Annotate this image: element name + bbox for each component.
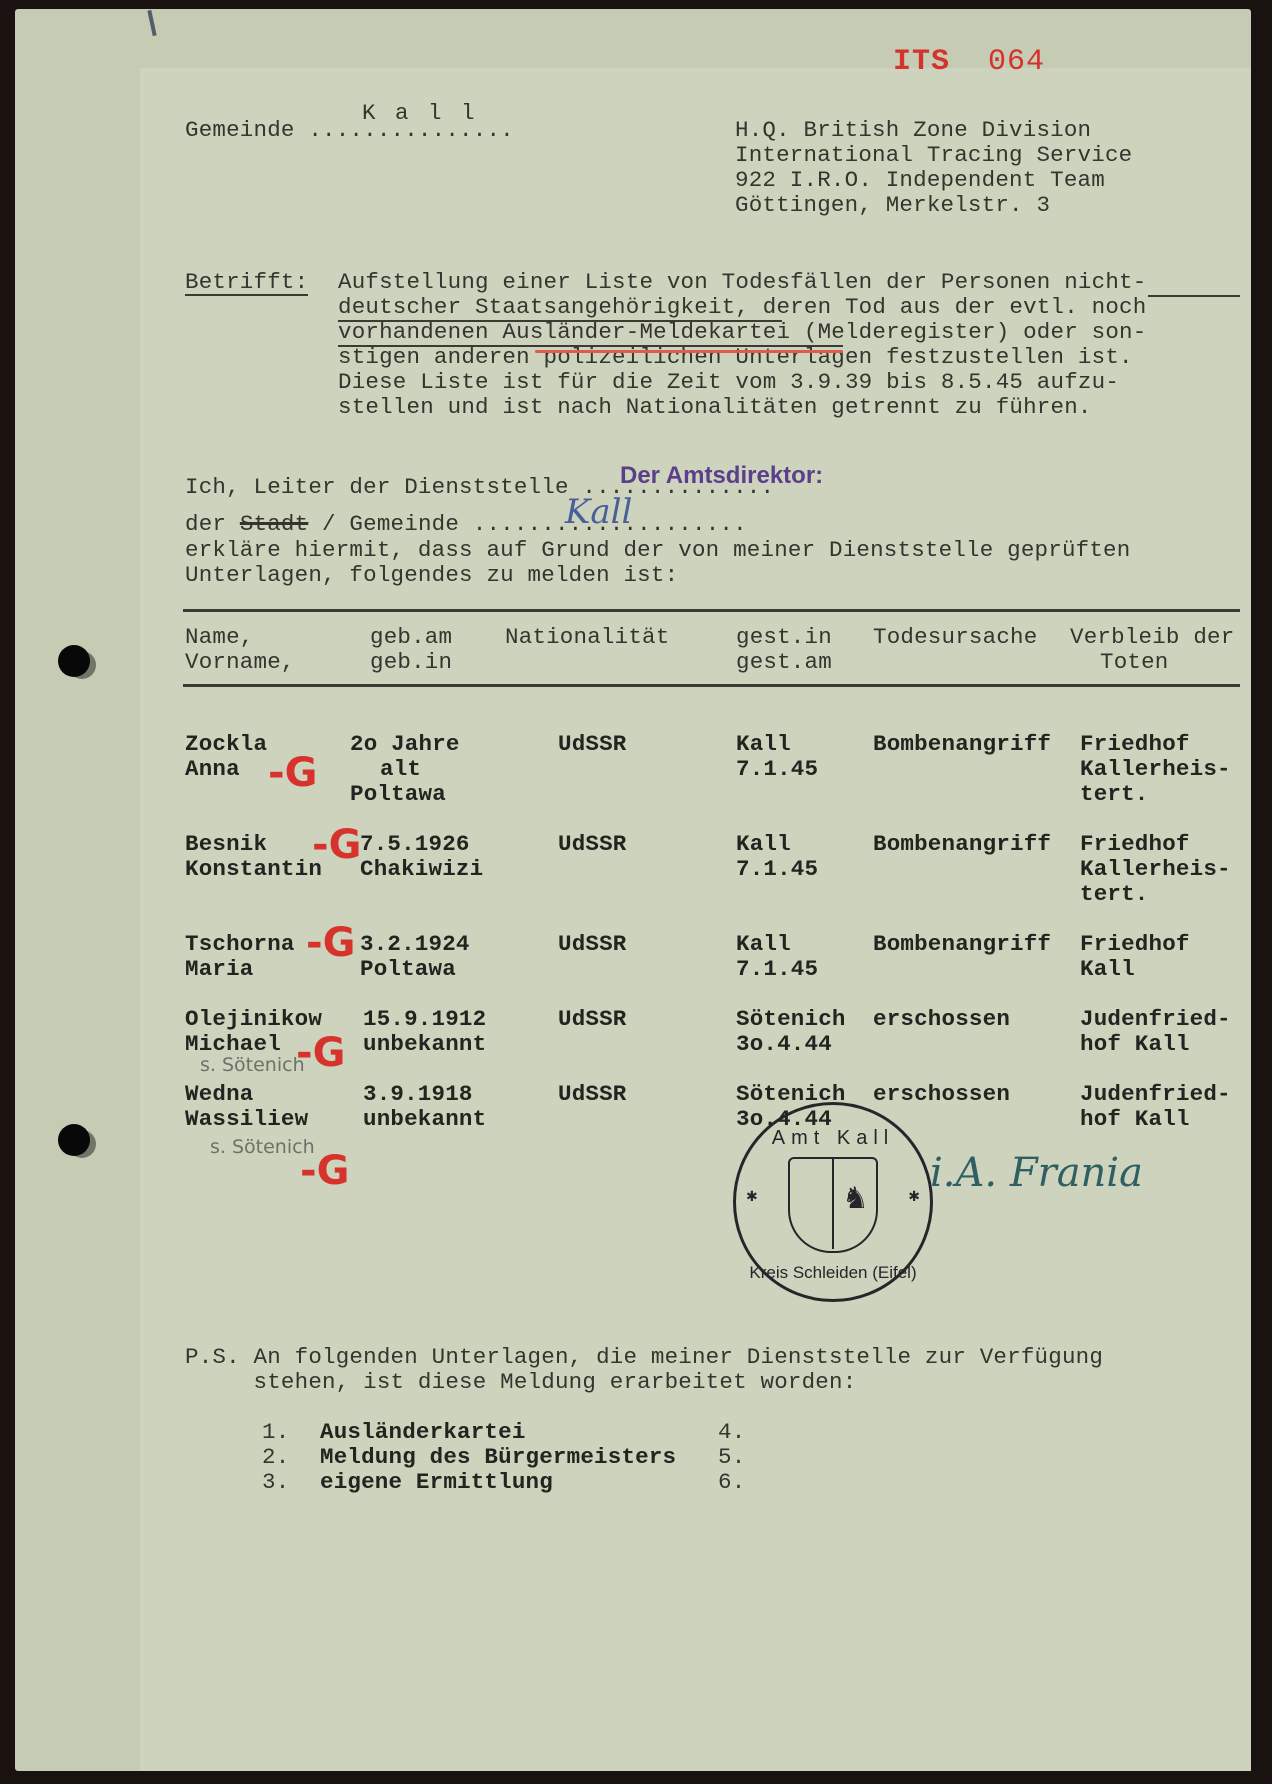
cell-nationality: UdSSR xyxy=(558,1007,627,1032)
cell-burial: hof Kall xyxy=(1080,1032,1190,1057)
header-vorname: Vorname, xyxy=(185,650,295,675)
address-line: 922 I.R.O. Independent Team xyxy=(735,168,1105,193)
cell-birth: 3.2.1924 xyxy=(360,932,470,957)
declaration-line-4: Unterlagen, folgendes zu melden ist: xyxy=(185,563,678,588)
cell-birth: 15.9.1912 xyxy=(363,1007,486,1032)
underline-staatsangehoerigkeit xyxy=(338,320,782,322)
cell-birthplace: Chakiwizi xyxy=(360,857,483,882)
cell-death-date: 3o.4.44 xyxy=(736,1032,832,1057)
table-top-rule xyxy=(183,609,1240,612)
underline-nicht xyxy=(1148,295,1240,297)
red-underline-meldekartei xyxy=(535,350,843,353)
der-label: der xyxy=(185,511,240,537)
amtsdirektor-stamp: Der Amtsdirektor: xyxy=(620,462,823,490)
cell-burial: Friedhof xyxy=(1080,932,1190,957)
red-g-mark: -G xyxy=(268,750,317,796)
cell-death-place: Kall xyxy=(736,832,791,857)
source-item: Ausländerkartei xyxy=(320,1420,526,1445)
source-item: Meldung des Bürgermeisters xyxy=(320,1445,676,1470)
header-geb-am: geb.am xyxy=(370,625,452,650)
ps-line-2: stehen, ist diese Meldung erarbeitet wor… xyxy=(185,1370,856,1395)
source-number: 4. xyxy=(718,1420,745,1445)
cell-burial: Friedhof xyxy=(1080,732,1190,757)
subject-line: stigen anderen polizeilichen Unterlagen … xyxy=(338,345,1133,370)
cell-burial: Judenfried- xyxy=(1080,1007,1231,1032)
cell-surname: Olejinikow xyxy=(185,1007,322,1032)
pencil-note: s. Sötenich xyxy=(200,1054,305,1076)
cell-firstname: Maria xyxy=(185,957,254,982)
red-g-mark: -G xyxy=(296,1030,345,1076)
address-line: H.Q. British Zone Division xyxy=(735,118,1091,143)
subject-label: Betrifft: xyxy=(185,270,308,296)
cell-birthplace: Poltawa xyxy=(360,957,456,982)
gemeinde-dots: / Gemeinde .................... xyxy=(308,511,746,537)
source-item: eigene Ermittlung xyxy=(320,1470,553,1495)
source-number: 5. xyxy=(718,1445,745,1470)
pencil-note: s. Sötenich xyxy=(210,1136,315,1158)
source-number: 2. xyxy=(262,1445,289,1470)
cell-firstname: Anna xyxy=(185,757,240,782)
cell-death-date: 7.1.45 xyxy=(736,957,818,982)
header-nationalitaet: Nationalität xyxy=(505,625,669,650)
cell-surname: Wedna xyxy=(185,1082,254,1107)
cell-birth: 2o Jahre xyxy=(350,732,460,757)
cell-nationality: UdSSR xyxy=(558,732,627,757)
cell-death-date: 7.1.45 xyxy=(736,757,818,782)
cell-burial: tert. xyxy=(1080,882,1149,907)
cell-death-place: Sötenich xyxy=(736,1007,846,1032)
cell-death-date: 7.1.45 xyxy=(736,857,818,882)
cell-birth: 3.9.1918 xyxy=(363,1082,473,1107)
star-icon: ✱ xyxy=(908,1189,920,1206)
cell-nationality: UdSSR xyxy=(558,932,627,957)
its-code: ITS xyxy=(893,45,950,79)
source-number: 6. xyxy=(718,1470,745,1495)
header-geb-in: geb.in xyxy=(370,650,452,675)
official-seal: Amt Kall ♞ Kreis Schleiden (Eifel) ✱ ✱ xyxy=(733,1102,933,1302)
cell-death-place: Kall xyxy=(736,932,791,957)
cell-burial: Kall xyxy=(1080,957,1135,982)
subject-line: stellen und ist nach Nationalitäten getr… xyxy=(338,395,1092,420)
cell-cause: Bombenangriff xyxy=(873,732,1051,757)
seal-bottom-text: Kreis Schleiden (Eifel) xyxy=(736,1263,930,1283)
cell-surname: Tschorna xyxy=(185,932,295,957)
cell-cause: erschossen xyxy=(873,1007,1010,1032)
cell-burial: Kallerheis- xyxy=(1080,757,1231,782)
coat-of-arms-icon: ♞ xyxy=(788,1157,878,1253)
cell-firstname: Konstantin xyxy=(185,857,322,882)
seal-top-text: Amt Kall xyxy=(736,1127,930,1150)
subject-line: deutscher Staatsangehörigkeit, deren Tod… xyxy=(338,295,1146,320)
table-header-rule xyxy=(183,684,1240,687)
address-line: Göttingen, Merkelstr. 3 xyxy=(735,193,1050,218)
cell-burial: Kallerheis- xyxy=(1080,857,1231,882)
gemeinde-value: K a l l xyxy=(362,101,478,126)
cell-burial: tert. xyxy=(1080,782,1149,807)
star-icon: ✱ xyxy=(746,1189,758,1206)
cell-birth: alt xyxy=(380,757,421,782)
signature: i.A. Frania xyxy=(930,1150,1143,1196)
cell-surname: Besnik xyxy=(185,832,267,857)
cell-cause: erschossen xyxy=(873,1082,1010,1107)
cell-birthplace: unbekannt xyxy=(363,1032,486,1057)
subject-line: Aufstellung einer Liste von Todesfällen … xyxy=(338,270,1146,295)
header-toten: Toten xyxy=(1100,650,1169,675)
red-g-mark: -G xyxy=(306,920,355,966)
cell-cause: Bombenangriff xyxy=(873,932,1051,957)
header-verbleib: Verbleib der xyxy=(1070,625,1234,650)
handwritten-kall: Kall xyxy=(565,492,632,532)
cell-birth: 7.5.1926 xyxy=(360,832,470,857)
address-line: International Tracing Service xyxy=(735,143,1132,168)
ps-line-1: P.S. An folgenden Unterlagen, die meiner… xyxy=(185,1345,1103,1370)
cell-nationality: UdSSR xyxy=(558,832,627,857)
punch-hole-top xyxy=(58,645,90,677)
its-number: 064 xyxy=(988,45,1045,79)
its-stamp: ITS 064 xyxy=(893,45,1045,79)
header-gest-in: gest.in xyxy=(736,625,832,650)
red-g-mark: -G xyxy=(300,1148,349,1194)
subject-line: Diese Liste ist für die Zeit vom 3.9.39 … xyxy=(338,370,1119,395)
cell-birthplace: unbekannt xyxy=(363,1107,486,1132)
source-number: 3. xyxy=(262,1470,289,1495)
red-g-mark: -G xyxy=(312,822,361,868)
header-todesursache: Todesursache xyxy=(873,625,1037,650)
subject-line: vorhandenen Ausländer-Meldekartei (Melde… xyxy=(338,320,1146,345)
cell-firstname: Wassiliew xyxy=(185,1107,308,1132)
source-number: 1. xyxy=(262,1420,289,1445)
cell-cause: Bombenangriff xyxy=(873,832,1051,857)
declaration-line-2: der Stadt / Gemeinde ...................… xyxy=(185,512,747,537)
cell-burial: Friedhof xyxy=(1080,832,1190,857)
declaration-line-3: erkläre hiermit, dass auf Grund der von … xyxy=(185,538,1130,563)
cell-burial: hof Kall xyxy=(1080,1107,1190,1132)
underline-auslaender xyxy=(338,345,843,347)
header-gest-am: gest.am xyxy=(736,650,832,675)
struck-word-stadt: Stadt xyxy=(240,511,309,537)
cell-birthplace: Poltawa xyxy=(350,782,446,807)
header-name: Name, xyxy=(185,625,254,650)
cell-nationality: UdSSR xyxy=(558,1082,627,1107)
cell-surname: Zockla xyxy=(185,732,267,757)
punch-hole-bottom xyxy=(58,1124,90,1156)
cell-death-place: Kall xyxy=(736,732,791,757)
cell-burial: Judenfried- xyxy=(1080,1082,1231,1107)
